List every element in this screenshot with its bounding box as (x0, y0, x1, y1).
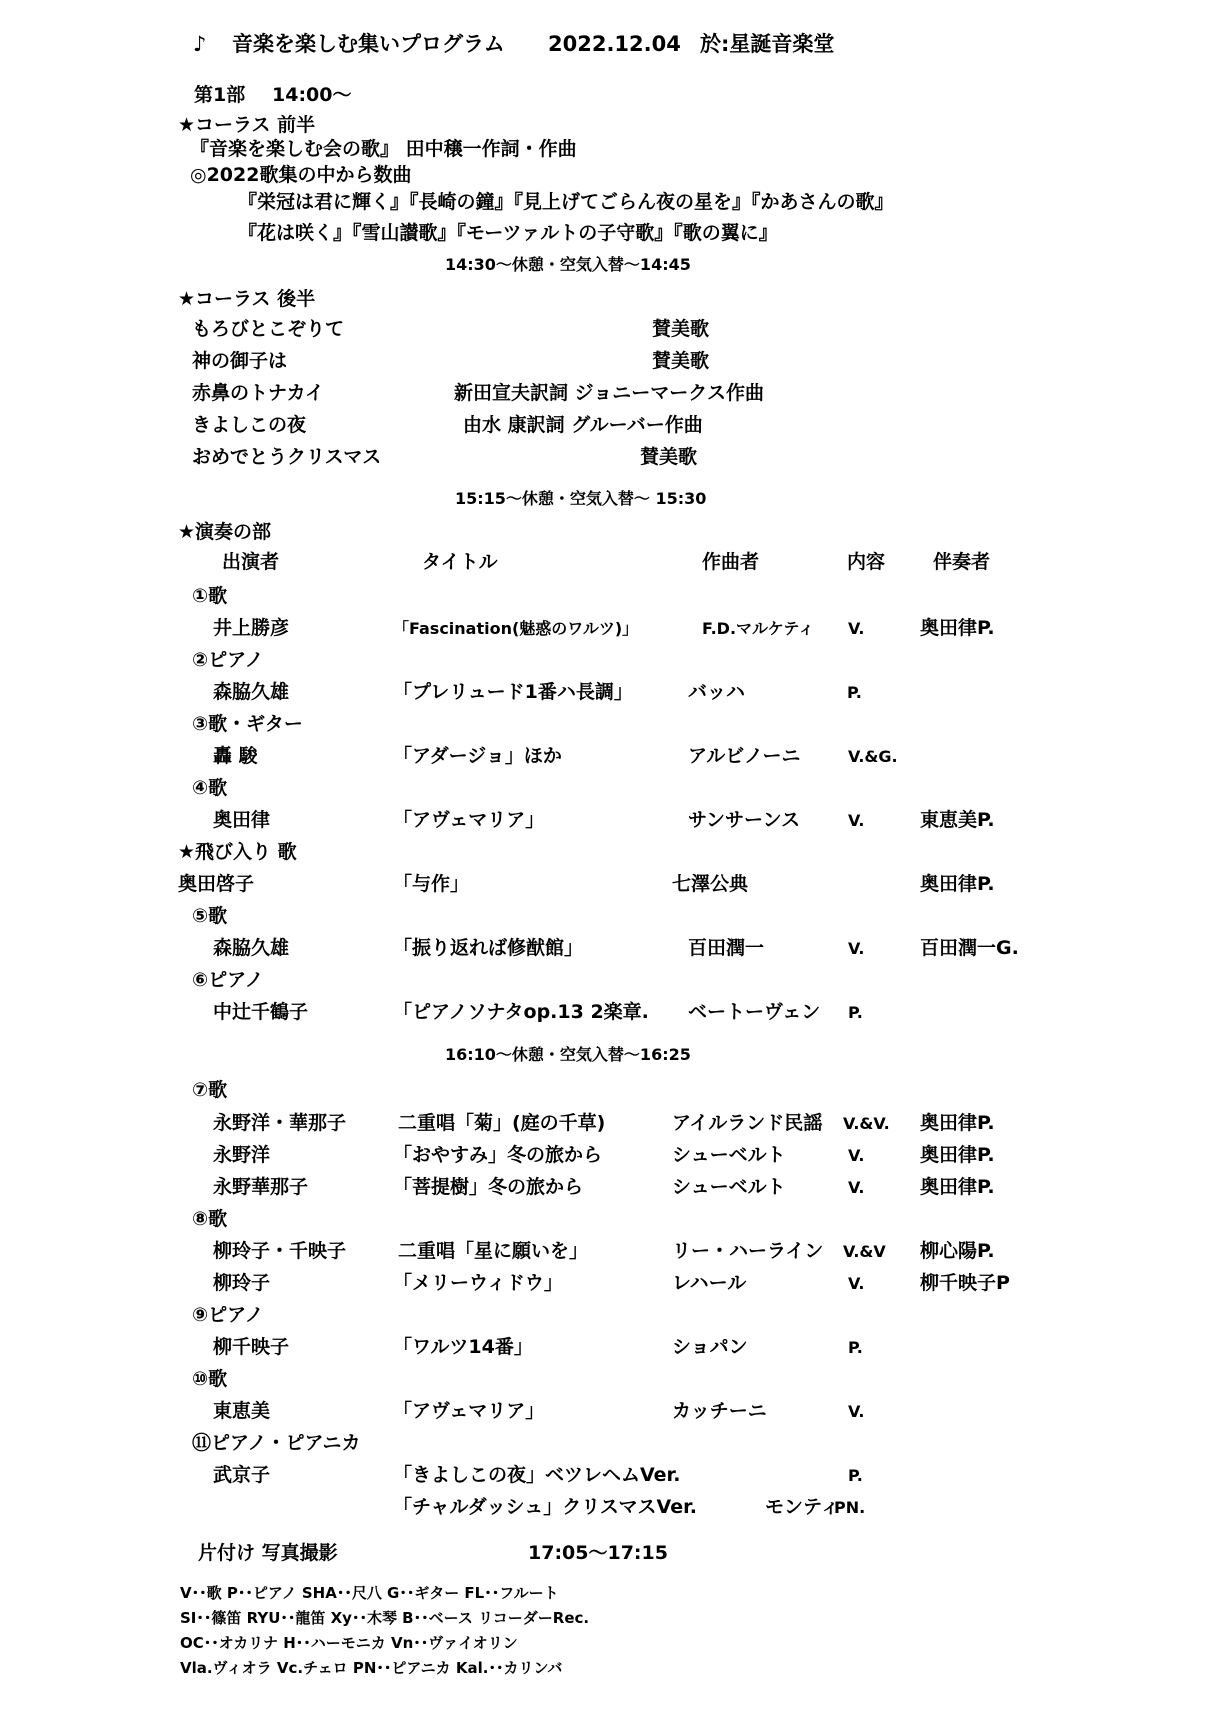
piece-title: 「プレリュード1番ハ長調」 (393, 680, 633, 704)
section-heading-performance: ★演奏の部 (178, 520, 271, 544)
content: V. (848, 810, 864, 832)
composer: ベートーヴェン (688, 1000, 820, 1024)
performer: 永野華那子 (213, 1175, 308, 1199)
accompanist: 東恵美P. (920, 808, 995, 832)
content: P. (847, 682, 862, 704)
closing-time: 17:05～17:15 (528, 1541, 668, 1565)
content: V. (848, 1177, 864, 1199)
content: V.&V (843, 1241, 886, 1263)
program-date: 2022.12.04 (548, 32, 681, 56)
songbook-label: ◎2022歌集の中から数曲 (190, 163, 411, 187)
performer: 轟 駿 (213, 744, 258, 768)
performer: 永野洋・華那子 (213, 1111, 346, 1135)
group-label: ⑪ピアノ・ピアニカ (192, 1431, 361, 1455)
program-title: 音楽を楽しむ集いプログラム (232, 32, 505, 56)
composer: F.D.マルケティ (702, 618, 814, 640)
piece-title: 二重唱「星に願いを」 (398, 1239, 588, 1263)
closing-label: 片付け 写真撮影 (198, 1541, 338, 1565)
chorus-song-title: きよしこの夜 (192, 413, 306, 437)
group-label: ③歌・ギター (192, 712, 303, 736)
group-label: ④歌 (192, 776, 227, 800)
column-header-performer: 出演者 (222, 550, 279, 574)
performer: 柳玲子 (213, 1271, 270, 1295)
instrument-legend-line: SI･･篠笛 RYU･･龍笛 Xy･･木琴 B･･ベース リコーダーRec. (180, 1607, 589, 1629)
group-label: ★飛び入り 歌 (178, 840, 297, 864)
accompanist: 奥田律P. (920, 1175, 995, 1199)
piece-title: 「ワルツ14番」 (393, 1335, 533, 1359)
instrument-legend-line: OC･･オカリナ H･･ハーモニカ Vn･･ヴァイオリン (180, 1632, 518, 1654)
accompanist: 奥田律P. (920, 1111, 995, 1135)
composer: シューベルト (672, 1175, 786, 1199)
chorus-song-credit: 賛美歌 (652, 317, 709, 341)
songbook-songs-line2: 『花は咲く』『雪山讃歌』『モーツァルトの子守歌』『歌の翼に』 (238, 221, 778, 245)
chorus-song-credit: 賛美歌 (652, 349, 709, 373)
content: V. (848, 1273, 864, 1295)
piece-title: 「振り返れば修猷館」 (393, 936, 583, 960)
group-label: ⑤歌 (192, 904, 227, 928)
part-start-time: 14:00～ (272, 83, 351, 107)
performer: 中辻千鶴子 (213, 1000, 308, 1024)
break-2: 15:15～休憩・空気入替～ 15:30 (455, 488, 706, 510)
content: V. (848, 1145, 864, 1167)
group-label: ②ピアノ (192, 648, 264, 672)
piece-title: 「与作」 (393, 872, 469, 896)
instrument-legend-line: V･･歌 P･･ピアノ SHA･･尺八 G･･ギター FL･･フルート (180, 1582, 559, 1604)
composer: 七澤公典 (672, 872, 748, 896)
composer: リー・ハーライン (672, 1239, 823, 1263)
performer: 永野洋 (213, 1143, 270, 1167)
content: P. (848, 1337, 863, 1359)
chorus-song-title: もろびとこぞりて (192, 317, 344, 341)
group-label: ⑩歌 (192, 1367, 227, 1391)
section-heading-chorus-first: ★コーラス 前半 (178, 113, 315, 137)
performer: 森脇久雄 (213, 680, 289, 704)
group-label: ⑦歌 (192, 1078, 227, 1102)
accompanist: 柳千映子P (920, 1271, 1010, 1295)
performer: 柳千映子 (213, 1335, 289, 1359)
group-label: ①歌 (192, 584, 227, 608)
piece-title: 「メリーウィドウ」 (393, 1271, 563, 1295)
composer: アルビノーニ (688, 744, 800, 768)
part-label: 第1部 (194, 83, 245, 107)
piece-title: 「Fascination(魅惑のワルツ)」 (393, 618, 638, 640)
accompanist: 奥田律P. (920, 616, 995, 640)
piece-title: 「菩提樹」冬の旅から (393, 1175, 583, 1199)
composer: アイルランド民謡 (672, 1111, 822, 1135)
group-label: ⑨ピアノ (192, 1303, 264, 1327)
piece-title: 「きよしこの夜」ベツレヘムVer. (393, 1463, 680, 1487)
composer: レハール (672, 1271, 746, 1295)
program-venue: 於:星誕音楽堂 (700, 32, 834, 56)
composer: ショパン (672, 1335, 748, 1359)
accompanist: 百田潤一G. (920, 936, 1019, 960)
piece-title: 「アヴェマリア」 (393, 808, 544, 832)
performer: 東恵美 (213, 1399, 270, 1423)
chorus-song-title: 神の御子は (192, 349, 287, 373)
content: V. (848, 938, 864, 960)
chorus-song-title: おめでとうクリスマス (192, 445, 381, 469)
performer: 森脇久雄 (213, 936, 289, 960)
column-header-composer: 作曲者 (702, 550, 759, 574)
music-note-icon: ♪ (193, 32, 206, 56)
content: V. (848, 618, 864, 640)
piece-title: 「ピアノソナタop.13 2楽章. (393, 1000, 649, 1024)
column-header-accompanist: 伴奏者 (933, 550, 990, 574)
content: PN. (834, 1497, 865, 1519)
column-header-title: タイトル (422, 550, 498, 574)
content: P. (848, 1002, 863, 1024)
content: P. (848, 1465, 863, 1487)
accompanist: 奥田律P. (920, 1143, 995, 1167)
performer: 武京子 (213, 1463, 270, 1487)
break-1: 14:30～休憩・空気入替～14:45 (445, 254, 691, 276)
composer: バッハ (688, 680, 745, 704)
piece-title: 「アダージョ」ほか (393, 744, 562, 768)
performer: 柳玲子・千映子 (213, 1239, 346, 1263)
chorus-song-credit: 賛美歌 (640, 445, 697, 469)
instrument-legend-line: Vla.ヴィオラ Vc.チェロ PN･･ピアニカ Kal.･･カリンバ (180, 1657, 562, 1679)
piece-title: 「チャルダッシュ」クリスマスVer. (393, 1495, 697, 1519)
theme-song: 『音楽を楽しむ会の歌』 田中穣一作詞・作曲 (190, 137, 577, 161)
chorus-song-credit: 由水 康訳詞 グルーバー作曲 (463, 413, 703, 437)
break-3: 16:10～休憩・空気入替～16:25 (445, 1044, 691, 1066)
content: V.&G. (848, 746, 898, 768)
composer: シューベルト (672, 1143, 786, 1167)
accompanist: 柳心陽P. (920, 1239, 995, 1263)
content: V. (848, 1401, 864, 1423)
chorus-song-title: 赤鼻のトナカイ (192, 381, 324, 405)
piece-title: 「おやすみ」冬の旅から (393, 1143, 602, 1167)
composer: サンサーンス (688, 808, 800, 832)
group-label: ⑧歌 (192, 1207, 227, 1231)
composer: モンティ (765, 1495, 839, 1519)
accompanist: 奥田律P. (920, 872, 995, 896)
performer: 奥田啓子 (178, 872, 254, 896)
chorus-song-credit: 新田宣夫訳詞 ジョニーマークス作曲 (454, 381, 764, 405)
composer: 百田潤一 (688, 936, 764, 960)
songbook-songs-line1: 『栄冠は君に輝く』『長崎の鐘』『見上げてごらん夜の星を』『かあさんの歌』 (238, 190, 894, 214)
performer: 井上勝彦 (213, 616, 289, 640)
section-heading-chorus-second: ★コーラス 後半 (178, 287, 315, 311)
column-header-content: 内容 (847, 550, 885, 574)
group-label: ⑥ピアノ (192, 968, 264, 992)
composer: カッチーニ (672, 1399, 767, 1423)
performer: 奥田律 (213, 808, 270, 832)
piece-title: 二重唱「菊」(庭の千草) (398, 1111, 605, 1135)
content: V.&V. (843, 1113, 890, 1135)
piece-title: 「アヴェマリア」 (393, 1399, 544, 1423)
